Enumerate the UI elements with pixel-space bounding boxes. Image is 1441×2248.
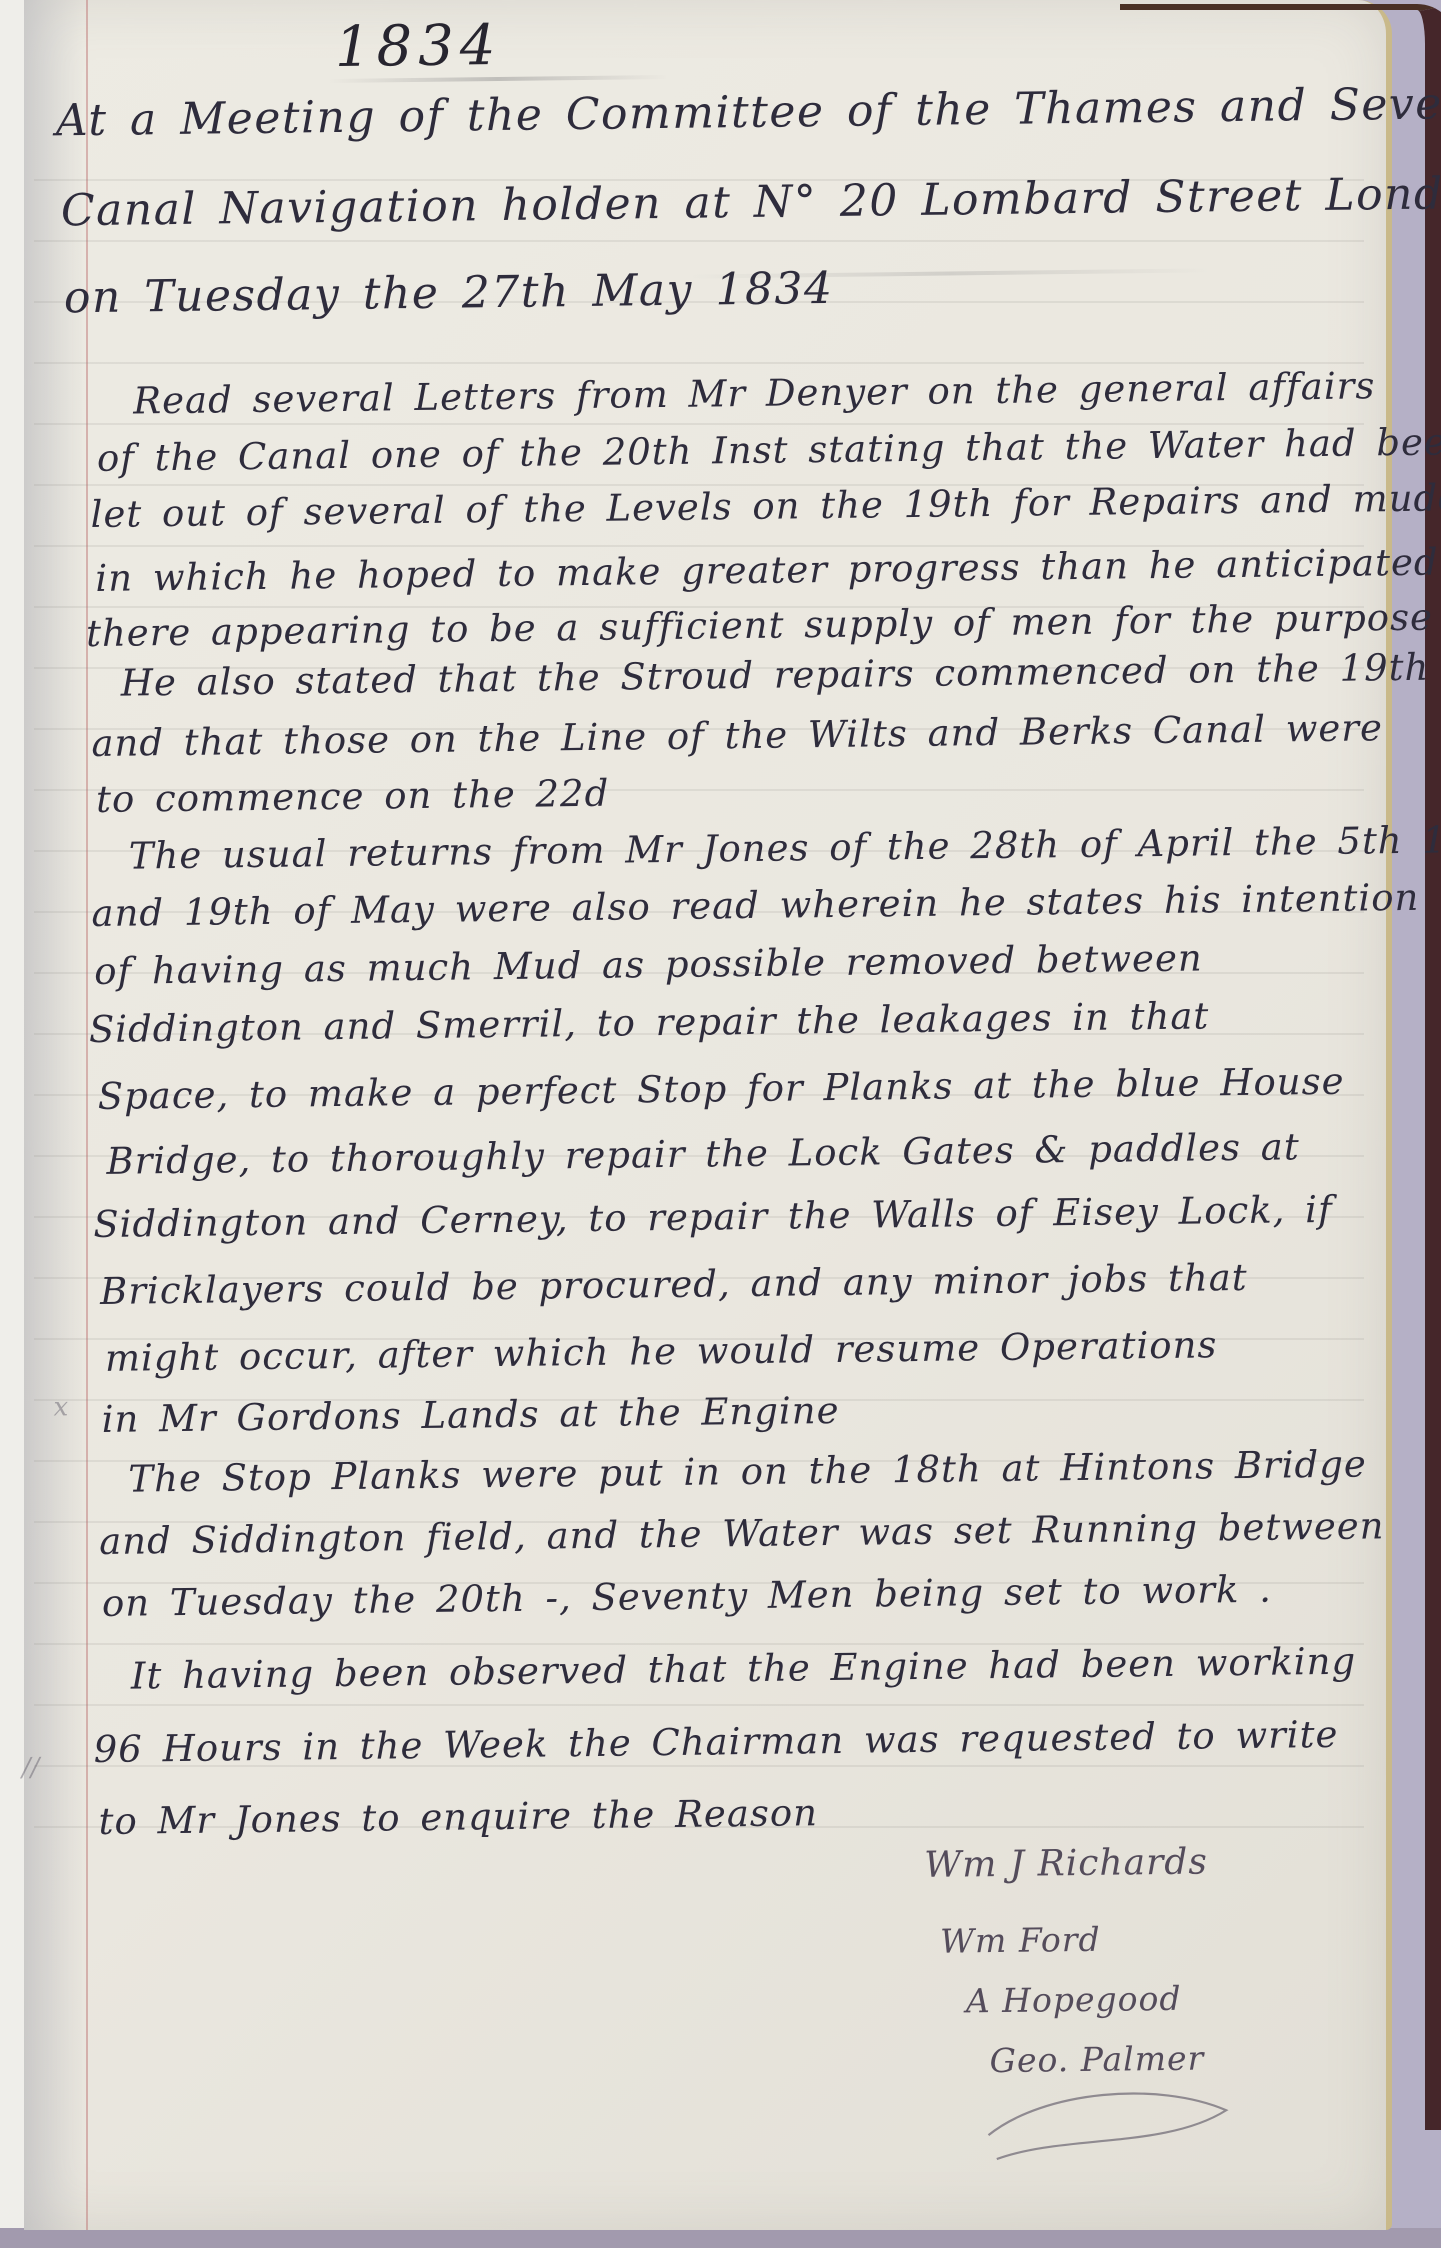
body-line: of having as much Mud as possible remove…	[94, 936, 1203, 993]
body-line: there appearing to be a sufficient suppl…	[86, 596, 1433, 655]
year-heading: 1834	[335, 13, 502, 80]
margin-mark: x	[53, 1392, 68, 1422]
body-line: in Mr Gordons Lands at the Engine	[101, 1389, 839, 1441]
body-line: to Mr Jones to enquire the Reason	[98, 1791, 818, 1843]
heading-line: Canal Navigation holden at N° 20 Lombard…	[61, 168, 1441, 237]
body-line: on Tuesday the 20th -, Seventy Men being…	[102, 1568, 1273, 1625]
body-line: He also stated that the Stroud repairs c…	[120, 644, 1441, 704]
body-line: in which he hoped to make greater progre…	[95, 541, 1439, 600]
body-line: The Stop Planks were put in on the 18th …	[128, 1442, 1367, 1500]
body-line: and that those on the Line of the Wilts …	[91, 706, 1383, 765]
heading-line: At a Meeting of the Committee of the Tha…	[55, 78, 1441, 147]
handwriting-layer: 1834 At a Meeting of the Committee of th…	[0, 0, 1441, 2248]
signature: Wm J Richards	[924, 1841, 1208, 1885]
body-line: to commence on the 22d	[96, 772, 610, 821]
body-line: and Siddington field, and the Water was …	[99, 1504, 1385, 1563]
body-line: 96 Hours in the Week the Chairman was re…	[93, 1713, 1338, 1771]
body-line: Bricklayers could be procured, and any m…	[100, 1256, 1248, 1313]
body-line: Read several Letters from Mr Denyer on t…	[133, 364, 1376, 422]
signature: Geo. Palmer	[989, 2039, 1204, 2081]
body-line: Siddington and Cerney, to repair the Wal…	[93, 1188, 1333, 1246]
body-line: might occur, after which he would resume…	[105, 1323, 1218, 1380]
body-line: Siddington and Smerril, to repair the le…	[89, 994, 1210, 1051]
body-line: of the Canal one of the 20th Inst statin…	[97, 420, 1441, 480]
body-line: Space, to make a perfect Stop for Planks…	[97, 1060, 1344, 1118]
margin-mark: //	[22, 1753, 40, 1783]
signature-flourish	[974, 2074, 1255, 2167]
body-line: It having been observed that the Engine …	[131, 1640, 1357, 1698]
signature: A Hopegood	[966, 1979, 1182, 2021]
body-line: Bridge, to thoroughly repair the Lock Ga…	[106, 1125, 1300, 1183]
body-line: The usual returns from Mr Jones of the 2…	[129, 818, 1441, 878]
body-line: and 19th of May were also read wherein h…	[91, 876, 1419, 935]
body-line: let out of several of the Levels on the …	[90, 475, 1441, 536]
heading-line: on Tuesday the 27th May 1834	[64, 263, 834, 323]
signature: Wm Ford	[940, 1920, 1101, 1961]
